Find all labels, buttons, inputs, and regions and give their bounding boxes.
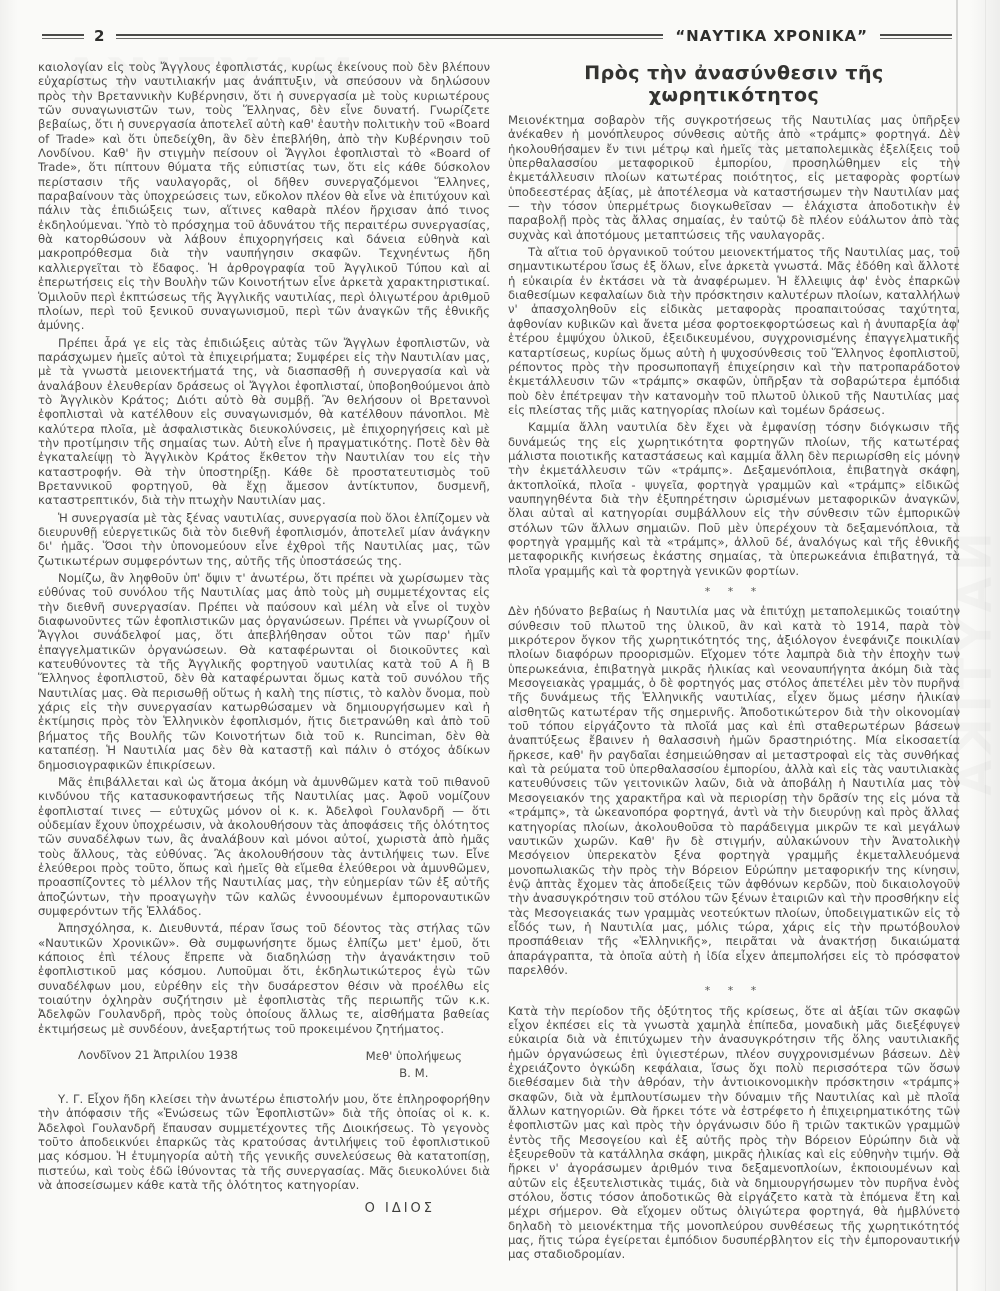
article-paragraph: Μειονέκτημα σοβαρὸν τῆς συγκροτήσεως τῆς… xyxy=(508,113,960,242)
page-header: 2 “ΝΑΥΤΙΚΑ ΧΡΟΝΙΚΑ” xyxy=(42,28,952,44)
asterisk-section-separator: * * * xyxy=(508,585,960,599)
article-paragraph: Δὲν ἠδύνατο βεβαίως ἡ Ναυτιλία μας νὰ ἐπ… xyxy=(508,604,960,977)
letter-paragraph: Νομίζω, ἂν ληφθοῦν ὑπ' ὄψιν τ' ἀνωτέρω, … xyxy=(38,571,490,772)
article-paragraph: Τὰ αἴτια τοῦ ὀργανικοῦ τούτου μειονεκτήμ… xyxy=(508,245,960,417)
letter-paragraph: καιολογίαν εἰς τοὺς Ἄγγλους ἐφοπλιστάς, … xyxy=(38,60,490,333)
article-title: Πρὸς τὴν ἀνασύνθεσιν τῆς χωρητικότητος xyxy=(508,62,960,106)
letter-paragraph: Ἡ συνεργασία μὲ τὰς ξένας ναυτιλίας, συν… xyxy=(38,511,490,568)
header-rule-left xyxy=(42,34,84,39)
letter-signature: Ο ΙΔΙΟΣ xyxy=(38,1202,490,1216)
author-initials: Β. Μ. xyxy=(366,1065,462,1082)
letter-paragraph: Ἀπησχόλησα, κ. Διευθυντά, πέραν ἴσως τοῦ… xyxy=(38,921,490,1036)
header-rule-right xyxy=(880,34,952,39)
letter-paragraph: Πρέπει ἆρά γε εἰς τὰς ἐπιδιώξεις αὐτὰς τ… xyxy=(38,336,490,508)
page-number: 2 xyxy=(84,27,116,45)
letter-dateline: Λονδῖνον 21 Ἀπριλίου 1938 Μεθ' ὑπολήψεως… xyxy=(38,1048,490,1082)
masthead-title: “ΝΑΥΤΙΚΑ ΧΡΟΝΙΚΑ” xyxy=(663,27,880,45)
left-column-letter-article: καιολογίαν εἰς τοὺς Ἄγγλους ἐφοπλιστάς, … xyxy=(38,60,490,1217)
header-rule-middle xyxy=(116,34,663,39)
article-paragraph: Καμμία ἄλλη ναυτιλία δὲν ἔχει νὰ ἐμφανίσ… xyxy=(508,420,960,578)
right-column-article: Πρὸς τὴν ἀνασύνθεσιν τῆς χωρητικότητος Μ… xyxy=(508,62,960,1265)
letter-paragraph: Μᾶς ἐπιβάλλεται καὶ ὡς ἄτομα ἀκόμη νὰ ἀμ… xyxy=(38,775,490,918)
scanned-magazine-page: ΝΑΥΤΙΚΑ ΝΑΥΤΙΚΑ ΝΑΥΤΙΚΑ 2 “ΝΑΥΤΙΚΑ ΧΡΟΝΙ… xyxy=(0,0,1000,1291)
article-paragraph: Κατὰ τὴν περίοδον τῆς ὀξύτητος τῆς κρίσε… xyxy=(508,1004,960,1262)
postscript-paragraph: Υ. Γ. Εἶχον ἤδη κλείσει τὴν ἀνωτέρω ἐπισ… xyxy=(38,1092,490,1192)
dateline-place-date: Λονδῖνον 21 Ἀπριλίου 1938 xyxy=(38,1048,238,1062)
asterisk-section-separator: * * * xyxy=(508,984,960,998)
scan-edge-line xyxy=(985,0,986,1291)
scan-fold-line xyxy=(956,0,958,1291)
closing-salutation: Μεθ' ὑπολήψεως xyxy=(366,1048,462,1065)
dateline-closing-block: Μεθ' ὑπολήψεως Β. Μ. xyxy=(366,1048,462,1082)
